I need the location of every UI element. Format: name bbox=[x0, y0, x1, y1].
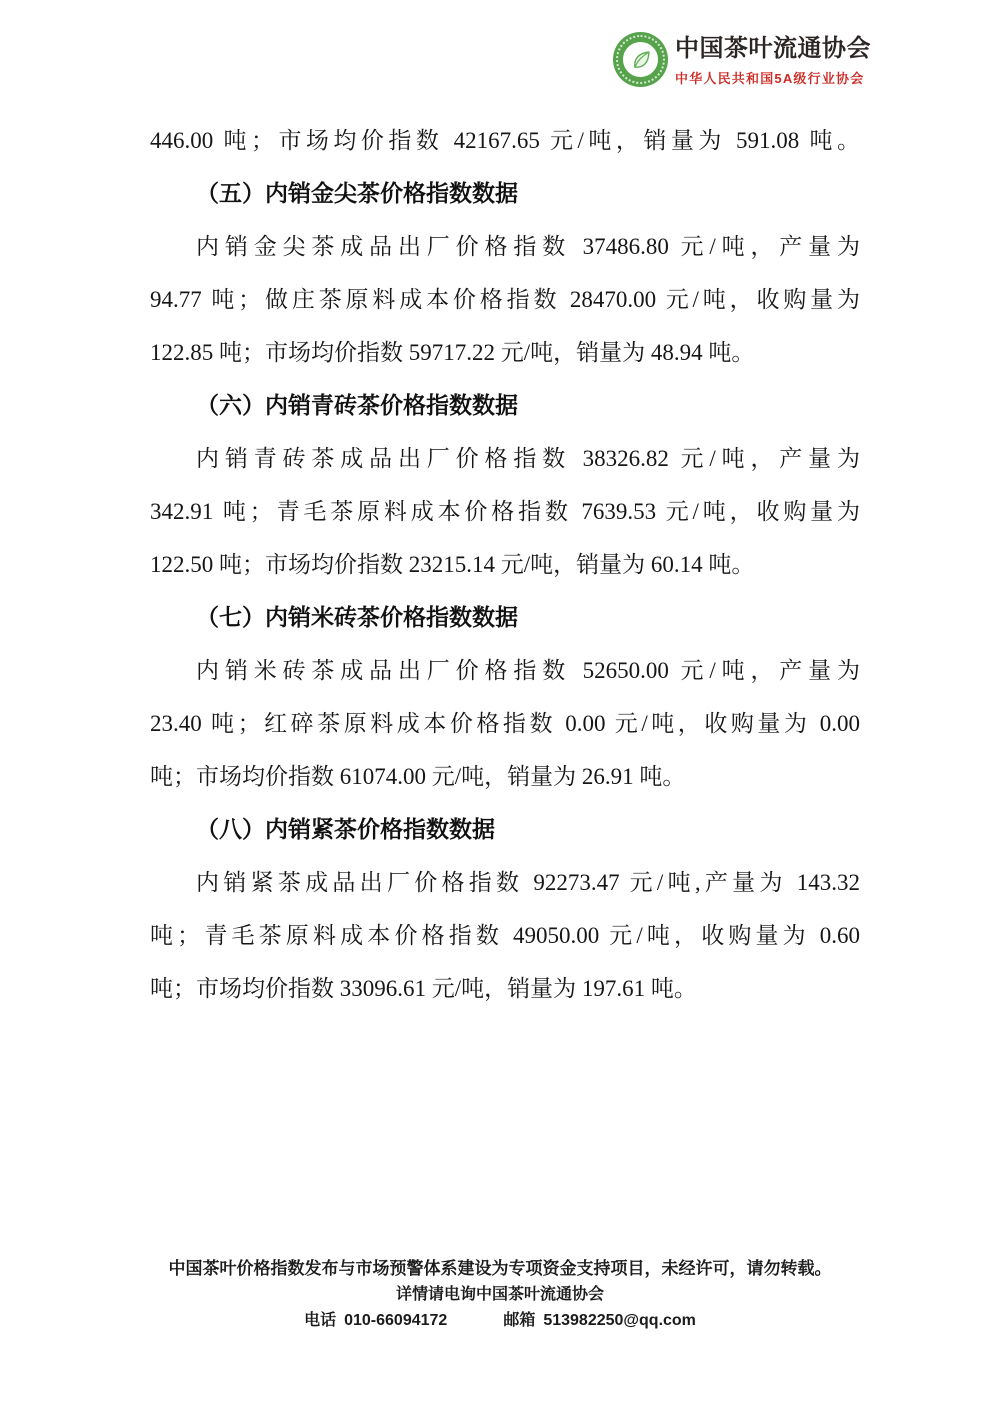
association-logo-icon bbox=[613, 32, 668, 87]
section-8-line-3: 吨；市场均价指数 33096.61 元/吨，销量为 197.61 吨。 bbox=[150, 962, 860, 1015]
page-footer: 中国茶叶价格指数发布与市场预警体系建设为专项资金支持项目，未经许可，请勿转载。 … bbox=[0, 1256, 1000, 1334]
footer-contact: 电话010-66094172邮箱513982250@qq.com bbox=[0, 1308, 1000, 1334]
section-6-line-2: 342.91 吨；青毛茶原料成本价格指数 7639.53 元/吨，收购量为 bbox=[150, 485, 860, 538]
association-name: 中国茶叶流通协会 bbox=[675, 36, 871, 64]
tea-leaf-icon bbox=[622, 41, 659, 78]
association-titles: 中国茶叶流通协会 中华人民共和国5A级行业协会 bbox=[675, 32, 871, 87]
section-7-line-3: 吨；市场均价指数 61074.00 元/吨，销量为 26.91 吨。 bbox=[150, 750, 860, 803]
section-6-line-3: 122.50 吨；市场均价指数 23215.14 元/吨，销量为 60.14 吨… bbox=[150, 538, 860, 591]
section-5-line-1: 内销金尖茶成品出厂价格指数 37486.80 元/吨，产量为 bbox=[150, 220, 860, 273]
footer-notice: 中国茶叶价格指数发布与市场预警体系建设为专项资金支持项目，未经许可，请勿转载。 bbox=[0, 1256, 1000, 1282]
section-8-line-1: 内销紧茶成品出厂价格指数 92273.47 元/吨,产量为 143.32 bbox=[150, 856, 860, 909]
email-address: 513982250@qq.com bbox=[543, 1312, 696, 1329]
footer-phone: 电话010-66094172 bbox=[304, 1312, 447, 1329]
footer-inquiry: 详情请电询中国茶叶流通协会 bbox=[0, 1282, 1000, 1308]
footer-email: 邮箱513982250@qq.com bbox=[503, 1312, 696, 1329]
document-page: 中国茶叶流通协会 中华人民共和国5A级行业协会 446.00 吨；市场均价指数 … bbox=[0, 0, 1000, 1413]
phone-label: 电话 bbox=[304, 1312, 336, 1329]
section-8-heading: （八）内销紧茶价格指数数据 bbox=[150, 803, 860, 856]
section-5-line-3: 122.85 吨；市场均价指数 59717.22 元/吨，销量为 48.94 吨… bbox=[150, 326, 860, 379]
section-8-line-2: 吨；青毛茶原料成本价格指数 49050.00 元/吨，收购量为 0.60 bbox=[150, 909, 860, 962]
section-7-heading: （七）内销米砖茶价格指数数据 bbox=[150, 591, 860, 644]
document-body: 446.00 吨；市场均价指数 42167.65 元/吨，销量为 591.08 … bbox=[150, 114, 860, 1015]
section-5-line-2: 94.77 吨；做庄茶原料成本价格指数 28470.00 元/吨，收购量为 bbox=[150, 273, 860, 326]
phone-number: 010-66094172 bbox=[344, 1312, 447, 1329]
section-6-line-1: 内销青砖茶成品出厂价格指数 38326.82 元/吨，产量为 bbox=[150, 432, 860, 485]
section-7-line-2: 23.40 吨；红碎茶原料成本价格指数 0.00 元/吨，收购量为 0.00 bbox=[150, 697, 860, 750]
association-subtitle: 中华人民共和国5A级行业协会 bbox=[675, 68, 871, 87]
section-6-heading: （六）内销青砖茶价格指数数据 bbox=[150, 379, 860, 432]
email-label: 邮箱 bbox=[503, 1312, 535, 1329]
intro-line: 446.00 吨；市场均价指数 42167.65 元/吨，销量为 591.08 … bbox=[150, 114, 860, 167]
association-header: 中国茶叶流通协会 中华人民共和国5A级行业协会 bbox=[613, 32, 871, 87]
section-5-heading: （五）内销金尖茶价格指数数据 bbox=[150, 167, 860, 220]
section-7-line-1: 内销米砖茶成品出厂价格指数 52650.00 元/吨，产量为 bbox=[150, 644, 860, 697]
